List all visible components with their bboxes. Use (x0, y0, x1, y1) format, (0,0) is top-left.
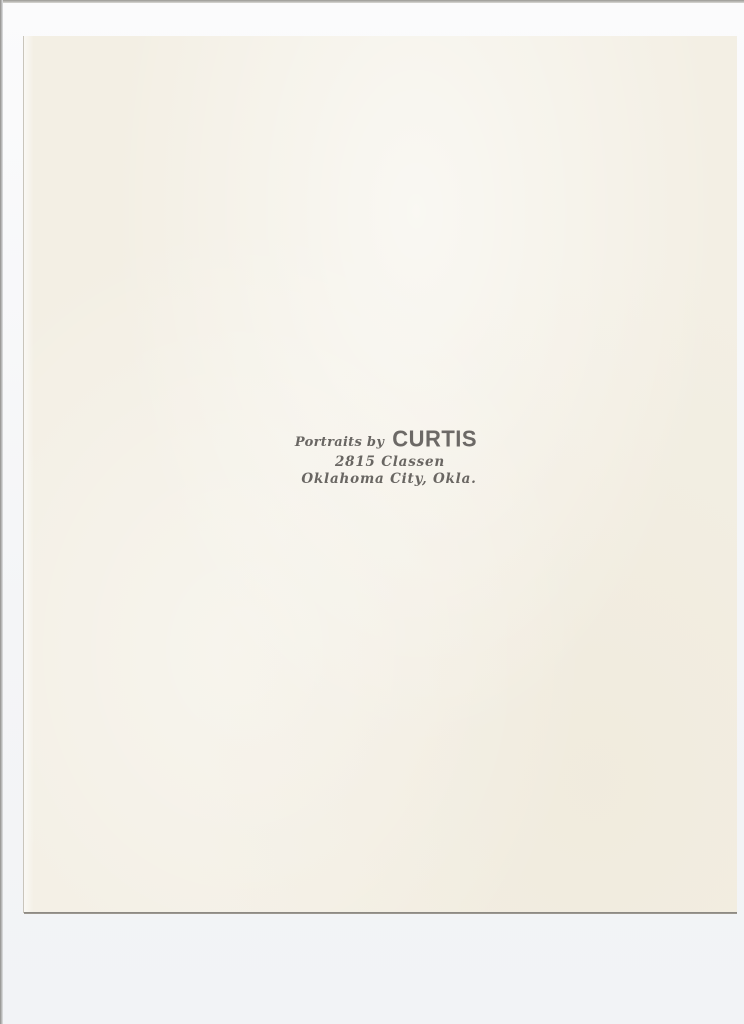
stamp-prefix: Portraits by (295, 435, 384, 450)
stamp-header: Portraits by CURTIS (266, 426, 506, 452)
stamp-city: Oklahoma City, Okla. (266, 471, 506, 488)
studio-stamp: Portraits by CURTIS 2815 Classen Oklahom… (266, 426, 506, 488)
stamp-studio-name: CURTIS (392, 425, 477, 452)
paper-edge-highlight (24, 36, 34, 912)
stamp-address: 2815 Classen (266, 454, 506, 471)
photo-back-paper: Portraits by CURTIS 2815 Classen Oklahom… (24, 36, 737, 913)
